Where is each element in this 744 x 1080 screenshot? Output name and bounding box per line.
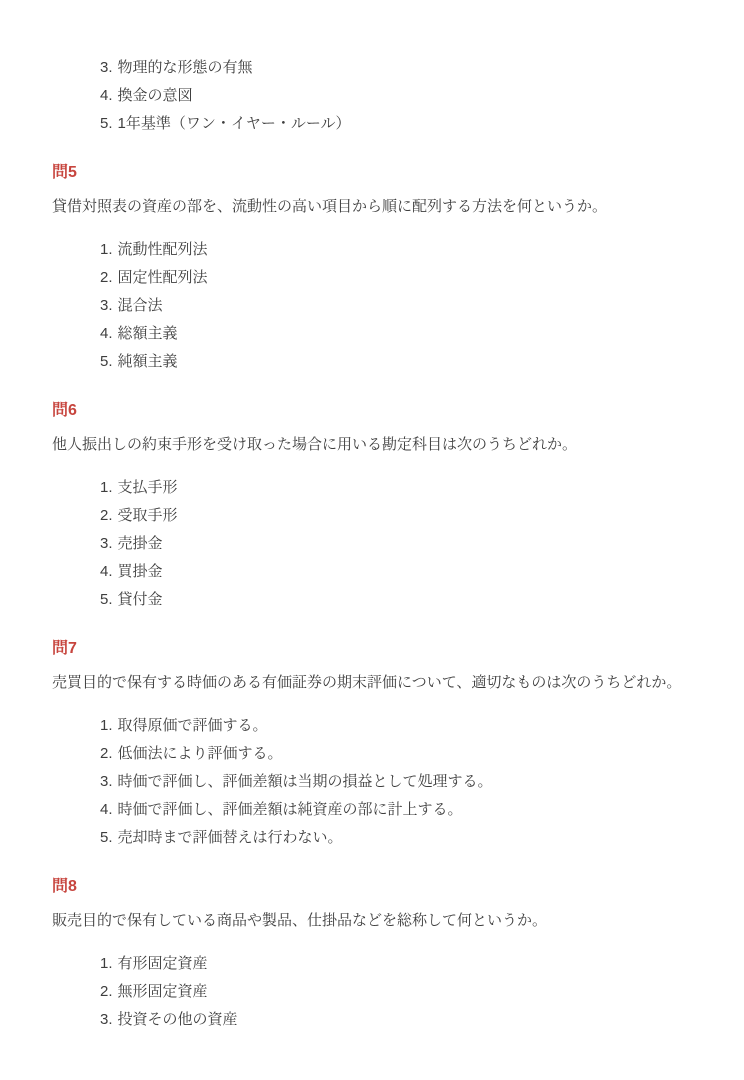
option-number: 4. bbox=[100, 564, 113, 580]
list-item: 5.売却時まで評価替えは行わない。 bbox=[100, 830, 714, 846]
option-number: 2. bbox=[100, 270, 113, 286]
top-partial-option-list: 3.物理的な形態の有無 4.換金の意図 5.1年基準（ワン・イヤー・ルール） bbox=[52, 60, 714, 132]
list-item: 1.取得原価で評価する。 bbox=[100, 718, 714, 734]
option-number: 3. bbox=[100, 1012, 113, 1028]
question-text: 他人振出しの約束手形を受け取った場合に用いる勘定科目は次のうちどれか。 bbox=[52, 435, 714, 455]
list-item: 3.売掛金 bbox=[100, 536, 714, 552]
option-number: 5. bbox=[100, 116, 113, 132]
question-text: 売買目的で保有する時価のある有価証券の期末評価について、適切なものは次のうちどれ… bbox=[52, 673, 714, 693]
option-text: 受取手形 bbox=[118, 507, 178, 524]
option-text: 投資その他の資産 bbox=[118, 1011, 238, 1028]
option-number: 2. bbox=[100, 984, 113, 1000]
option-text: 有形固定資産 bbox=[118, 955, 208, 972]
list-item: 4.換金の意図 bbox=[100, 88, 714, 104]
option-number: 1. bbox=[100, 242, 113, 258]
option-text: 固定性配列法 bbox=[118, 269, 208, 286]
option-text: 純額主義 bbox=[118, 353, 178, 370]
list-item: 2.低価法により評価する。 bbox=[100, 746, 714, 762]
question-option-list: 1.支払手形 2.受取手形 3.売掛金 4.買掛金 5.貸付金 bbox=[52, 480, 714, 608]
option-number: 3. bbox=[100, 298, 113, 314]
option-text: 時価で評価し、評価差額は純資産の部に計上する。 bbox=[118, 801, 463, 818]
list-item: 5.純額主義 bbox=[100, 354, 714, 370]
option-number: 4. bbox=[100, 88, 113, 104]
list-item: 4.総額主義 bbox=[100, 326, 714, 342]
list-item: 3.投資その他の資産 bbox=[100, 1012, 714, 1028]
option-text: 流動性配列法 bbox=[118, 241, 208, 258]
option-text: 物理的な形態の有無 bbox=[118, 59, 253, 76]
question-label: 問6 bbox=[52, 400, 714, 422]
question-block-5: 問5 貸借対照表の資産の部を、流動性の高い項目から順に配列する方法を何というか。… bbox=[52, 162, 714, 370]
list-item: 4.時価で評価し、評価差額は純資産の部に計上する。 bbox=[100, 802, 714, 818]
question-option-list: 1.有形固定資産 2.無形固定資産 3.投資その他の資産 bbox=[52, 956, 714, 1028]
option-text: 売掛金 bbox=[118, 535, 163, 552]
question-text: 貸借対照表の資産の部を、流動性の高い項目から順に配列する方法を何というか。 bbox=[52, 197, 714, 217]
list-item: 5.貸付金 bbox=[100, 592, 714, 608]
option-number: 5. bbox=[100, 592, 113, 608]
option-number: 2. bbox=[100, 746, 113, 762]
question-block-8: 問8 販売目的で保有している商品や製品、仕掛品などを総称して何というか。 1.有… bbox=[52, 876, 714, 1028]
option-text: 総額主義 bbox=[118, 325, 178, 342]
question-label: 問5 bbox=[52, 162, 714, 184]
question-label: 問7 bbox=[52, 638, 714, 660]
option-text: 換金の意図 bbox=[118, 87, 193, 104]
option-text: 買掛金 bbox=[118, 563, 163, 580]
option-text: 無形固定資産 bbox=[118, 983, 208, 1000]
question-option-list: 1.取得原価で評価する。 2.低価法により評価する。 3.時価で評価し、評価差額… bbox=[52, 718, 714, 846]
quiz-page: 3.物理的な形態の有無 4.換金の意図 5.1年基準（ワン・イヤー・ルール） 問… bbox=[0, 0, 744, 1080]
list-item: 3.時価で評価し、評価差額は当期の損益として処理する。 bbox=[100, 774, 714, 790]
list-item: 5.1年基準（ワン・イヤー・ルール） bbox=[100, 116, 714, 132]
option-number: 1. bbox=[100, 956, 113, 972]
question-text: 販売目的で保有している商品や製品、仕掛品などを総称して何というか。 bbox=[52, 911, 714, 931]
option-number: 3. bbox=[100, 60, 113, 76]
list-item: 2.受取手形 bbox=[100, 508, 714, 524]
question-label: 問8 bbox=[52, 876, 714, 898]
option-number: 4. bbox=[100, 802, 113, 818]
option-text: 低価法により評価する。 bbox=[118, 745, 283, 762]
option-number: 1. bbox=[100, 718, 113, 734]
option-number: 4. bbox=[100, 326, 113, 342]
question-block-7: 問7 売買目的で保有する時価のある有価証券の期末評価について、適切なものは次のう… bbox=[52, 638, 714, 846]
list-item: 3.混合法 bbox=[100, 298, 714, 314]
list-item: 2.固定性配列法 bbox=[100, 270, 714, 286]
option-number: 5. bbox=[100, 354, 113, 370]
option-text: 売却時まで評価替えは行わない。 bbox=[118, 829, 343, 846]
option-text: 支払手形 bbox=[118, 479, 178, 496]
option-number: 5. bbox=[100, 830, 113, 846]
option-text: 1年基準（ワン・イヤー・ルール） bbox=[118, 115, 351, 132]
list-item: 1.有形固定資産 bbox=[100, 956, 714, 972]
option-text: 取得原価で評価する。 bbox=[118, 717, 268, 734]
list-item: 4.買掛金 bbox=[100, 564, 714, 580]
list-item: 1.流動性配列法 bbox=[100, 242, 714, 258]
option-number: 3. bbox=[100, 774, 113, 790]
option-number: 2. bbox=[100, 508, 113, 524]
list-item: 1.支払手形 bbox=[100, 480, 714, 496]
option-text: 貸付金 bbox=[118, 591, 163, 608]
option-text: 時価で評価し、評価差額は当期の損益として処理する。 bbox=[118, 773, 493, 790]
question-option-list: 1.流動性配列法 2.固定性配列法 3.混合法 4.総額主義 5.純額主義 bbox=[52, 242, 714, 370]
list-item: 2.無形固定資産 bbox=[100, 984, 714, 1000]
option-number: 1. bbox=[100, 480, 113, 496]
option-number: 3. bbox=[100, 536, 113, 552]
question-block-6: 問6 他人振出しの約束手形を受け取った場合に用いる勘定科目は次のうちどれか。 1… bbox=[52, 400, 714, 608]
option-text: 混合法 bbox=[118, 297, 163, 314]
list-item: 3.物理的な形態の有無 bbox=[100, 60, 714, 76]
